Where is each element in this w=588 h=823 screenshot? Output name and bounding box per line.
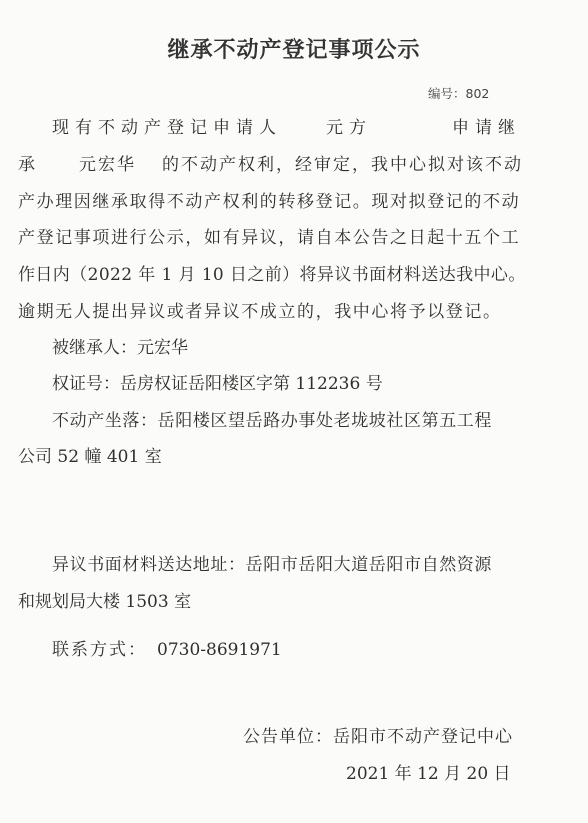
body-line-1: 现有不动产登记申请人元方申请继 bbox=[52, 117, 521, 139]
objection-address-line-2: 和规划局大楼 1503 室 bbox=[18, 591, 191, 613]
location-field: 不动产坐落：岳阳楼区望岳路办事处老垅坡社区第五工程 bbox=[52, 410, 492, 432]
issuer-name: 岳阳市不动产登记中心 bbox=[333, 727, 513, 747]
issue-date: 2021 年 12 月 20 日 bbox=[346, 763, 511, 785]
field-value: 岳阳市岳阳大道岳阳市自然资源 bbox=[246, 555, 492, 575]
doc-number: 编号：802 bbox=[428, 84, 489, 102]
field-value: 元宏华 bbox=[137, 338, 188, 358]
field-label: 联系方式： bbox=[52, 640, 147, 660]
deceased-field: 被继承人：元宏华 bbox=[52, 337, 188, 359]
body-line-3: 产办理因继承取得不动产权利的转移登记。现对拟登记的不动 bbox=[18, 191, 520, 213]
body-line-5: 作日内（2022 年 1 月 10 日之前）将异议书面材料送达我中心。 bbox=[18, 264, 526, 286]
field-value: 岳阳楼区望岳路办事处老垅坡社区第五工程 bbox=[158, 411, 492, 431]
objection-address: 异议书面材料送达地址：岳阳市岳阳大道岳阳市自然资源 bbox=[52, 554, 492, 576]
body-text: 承 bbox=[18, 155, 37, 175]
field-label: 被继承人： bbox=[52, 338, 137, 358]
location-line-2: 公司 52 幢 401 室 bbox=[18, 446, 162, 468]
field-label: 异议书面材料送达地址： bbox=[52, 555, 246, 575]
document-title: 继承不动产登记事项公示 bbox=[0, 33, 588, 64]
field-value: 岳房权证岳阳楼区字第 112236 号 bbox=[120, 374, 383, 394]
body-text: 的不动产权利，经审定，我中心拟对该不动 bbox=[162, 155, 523, 175]
contact-phone: 0730-8691971 bbox=[157, 640, 282, 660]
doc-number-value: 802 bbox=[466, 86, 490, 101]
body-line-6: 逾期无人提出异议或者异议不成立的，我中心将予以登记。 bbox=[18, 301, 502, 323]
field-label: 权证号： bbox=[52, 374, 120, 394]
doc-number-label: 编号： bbox=[428, 86, 466, 101]
body-line-2: 承元宏华的不动产权利，经审定，我中心拟对该不动 bbox=[18, 154, 523, 176]
field-label: 不动产坐落： bbox=[52, 411, 158, 431]
cert-field: 权证号：岳房权证岳阳楼区字第 112236 号 bbox=[52, 373, 383, 395]
body-line-4: 产登记事项进行公示，如有异议，请自本公告之日起十五个工 bbox=[18, 227, 520, 249]
field-label: 公告单位： bbox=[243, 727, 333, 747]
applicant-name: 元方 bbox=[326, 118, 372, 138]
body-text: 申请继 bbox=[452, 118, 521, 138]
body-text: 现有不动产登记申请人 bbox=[52, 118, 282, 138]
issuer: 公告单位：岳阳市不动产登记中心 bbox=[243, 726, 513, 748]
contact-field: 联系方式：0730-8691971 bbox=[52, 639, 282, 661]
deceased-inline: 元宏华 bbox=[79, 155, 136, 175]
